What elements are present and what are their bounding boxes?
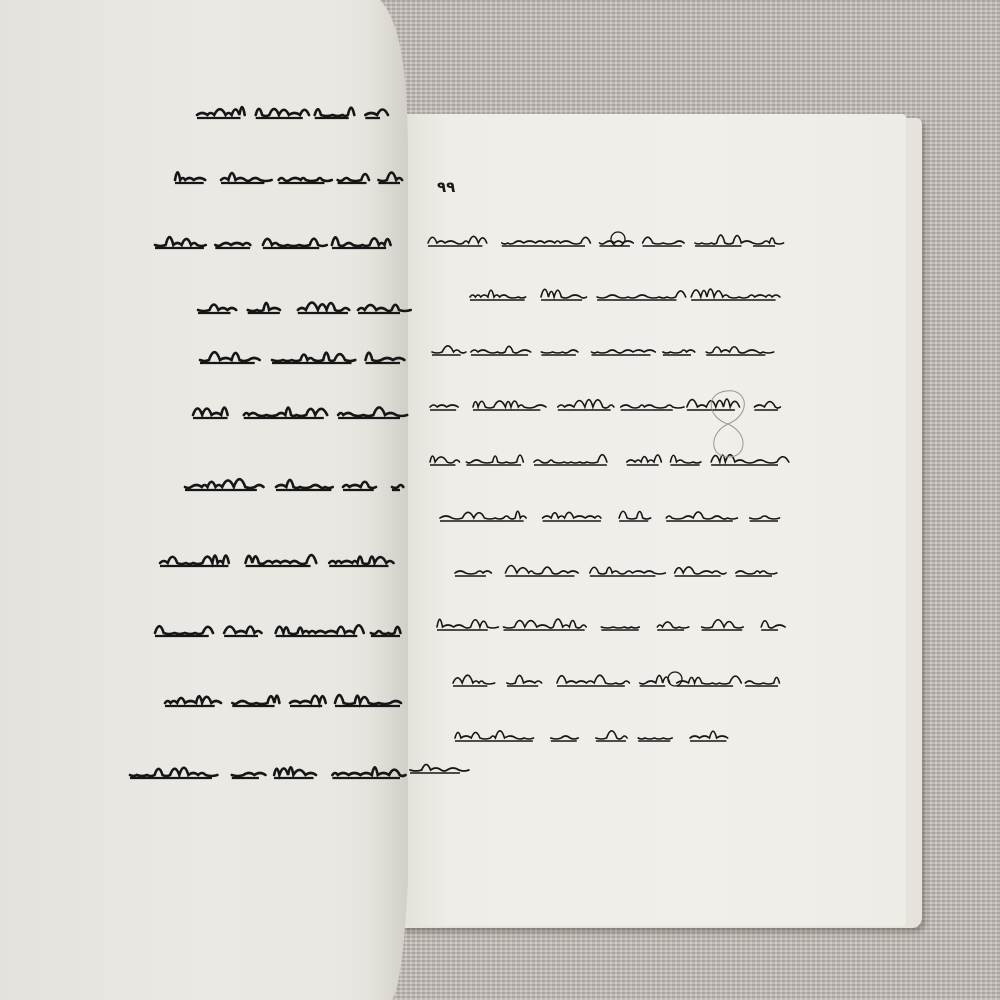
script-word: [221, 173, 272, 181]
script-word: [657, 622, 689, 628]
right-page-text-line: [453, 672, 779, 686]
script-word: [263, 239, 327, 246]
script-word: [677, 676, 742, 684]
script-word: [428, 236, 487, 244]
script-word: [557, 675, 629, 684]
left-page-text-line: [185, 479, 403, 490]
script-word: [430, 405, 458, 407]
script-word: [638, 738, 672, 739]
script-word: [440, 511, 526, 519]
script-word: [691, 289, 780, 298]
script-word: [160, 556, 229, 565]
pencil-loop-annotation: [700, 388, 756, 460]
left-page-text-line: [198, 303, 411, 313]
script-word: [471, 346, 531, 353]
script-word: [298, 303, 349, 311]
script-word: [274, 767, 316, 775]
script-word: [315, 108, 355, 116]
script-word: [343, 482, 376, 488]
script-word: [200, 352, 260, 361]
script-word: [736, 571, 777, 574]
handwritten-text: [0, 0, 1000, 1000]
script-word: [198, 305, 236, 311]
left-page-text-line: [175, 172, 402, 183]
script-word: [455, 731, 534, 739]
ornament-flower-icon: [611, 232, 625, 246]
script-word: [502, 237, 591, 244]
script-word: [244, 408, 327, 417]
script-word: [666, 512, 737, 519]
script-word: [551, 736, 578, 739]
left-page-text-line: [160, 555, 394, 566]
right-page-text-line: [470, 289, 780, 300]
script-word: [627, 455, 662, 462]
script-word: [750, 516, 780, 519]
script-word: [130, 768, 217, 776]
script-word: [543, 512, 601, 518]
script-word: [410, 765, 469, 772]
script-word: [338, 407, 407, 416]
left-page-text-line: [155, 237, 391, 248]
script-word: [272, 353, 355, 361]
script-word: [232, 773, 266, 776]
script-word: [675, 567, 726, 574]
script-word: [470, 290, 526, 298]
script-word: [371, 627, 401, 634]
script-word: [663, 350, 695, 353]
script-word: [597, 291, 686, 298]
script-word: [155, 626, 213, 634]
script-word: [185, 479, 264, 488]
script-word: [473, 401, 546, 408]
script-word: [558, 400, 614, 408]
script-word: [279, 178, 332, 181]
script-word: [640, 675, 670, 684]
script-word: [754, 402, 780, 408]
script-word: [232, 696, 279, 704]
script-word: [592, 350, 656, 353]
script-word: [702, 620, 744, 628]
right-page-text-line: [440, 511, 780, 521]
script-word: [541, 289, 587, 298]
script-word: [365, 110, 388, 116]
script-word: [534, 455, 607, 463]
script-word: [175, 172, 205, 180]
script-word: [596, 731, 627, 739]
script-word: [504, 619, 587, 628]
left-page-text-line: [130, 767, 406, 778]
script-word: [335, 695, 401, 704]
right-page-text-line: [455, 731, 728, 741]
right-page-text-line: [437, 619, 785, 630]
right-page-text-line: [455, 566, 777, 577]
script-word: [753, 238, 784, 244]
left-page-text-line: [165, 695, 401, 706]
script-word: [600, 241, 634, 244]
ornament-flower-icon: [668, 672, 682, 686]
right-page-text-line: [432, 346, 774, 355]
script-word: [366, 353, 405, 361]
left-page-text-line: [193, 407, 407, 418]
left-page-text-line: [200, 352, 404, 363]
script-word: [276, 625, 364, 634]
script-word: [432, 346, 466, 353]
script-word: [507, 675, 542, 684]
script-word: [430, 456, 460, 463]
script-word: [246, 555, 317, 564]
script-word: [276, 480, 333, 488]
script-word: [193, 408, 228, 416]
script-word: [165, 696, 221, 703]
script-word: [338, 174, 369, 181]
script-word: [256, 109, 309, 116]
script-word: [453, 675, 495, 684]
script-word: [466, 455, 523, 463]
script-word: [215, 243, 250, 246]
script-word: [437, 619, 498, 628]
script-word: [197, 107, 245, 115]
script-word: [695, 235, 753, 244]
script-word: [332, 767, 405, 776]
script-word: [392, 485, 403, 488]
script-word: [541, 350, 578, 353]
script-word: [601, 627, 639, 628]
script-word: [670, 455, 701, 463]
script-word: [706, 347, 774, 353]
script-word: [761, 621, 785, 628]
script-word: [155, 237, 206, 246]
script-word: [619, 511, 651, 519]
script-word: [745, 677, 779, 684]
right-page-text-line: [428, 232, 784, 246]
script-word: [621, 405, 684, 408]
script-word: [329, 557, 393, 565]
script-word: [290, 696, 326, 703]
left-page-text-line: [197, 107, 388, 118]
script-word: [248, 303, 280, 311]
script-word: [332, 237, 391, 246]
marginal-note: [410, 765, 469, 774]
script-word: [505, 566, 578, 575]
photo-scene: ٩٩: [0, 0, 1000, 1000]
script-word: [224, 627, 261, 634]
left-page-text-line: [155, 625, 401, 636]
script-word: [590, 567, 666, 574]
script-word: [455, 571, 491, 574]
script-word: [378, 173, 402, 181]
script-word: [358, 305, 411, 311]
script-word: [690, 731, 728, 738]
script-word: [643, 237, 685, 244]
